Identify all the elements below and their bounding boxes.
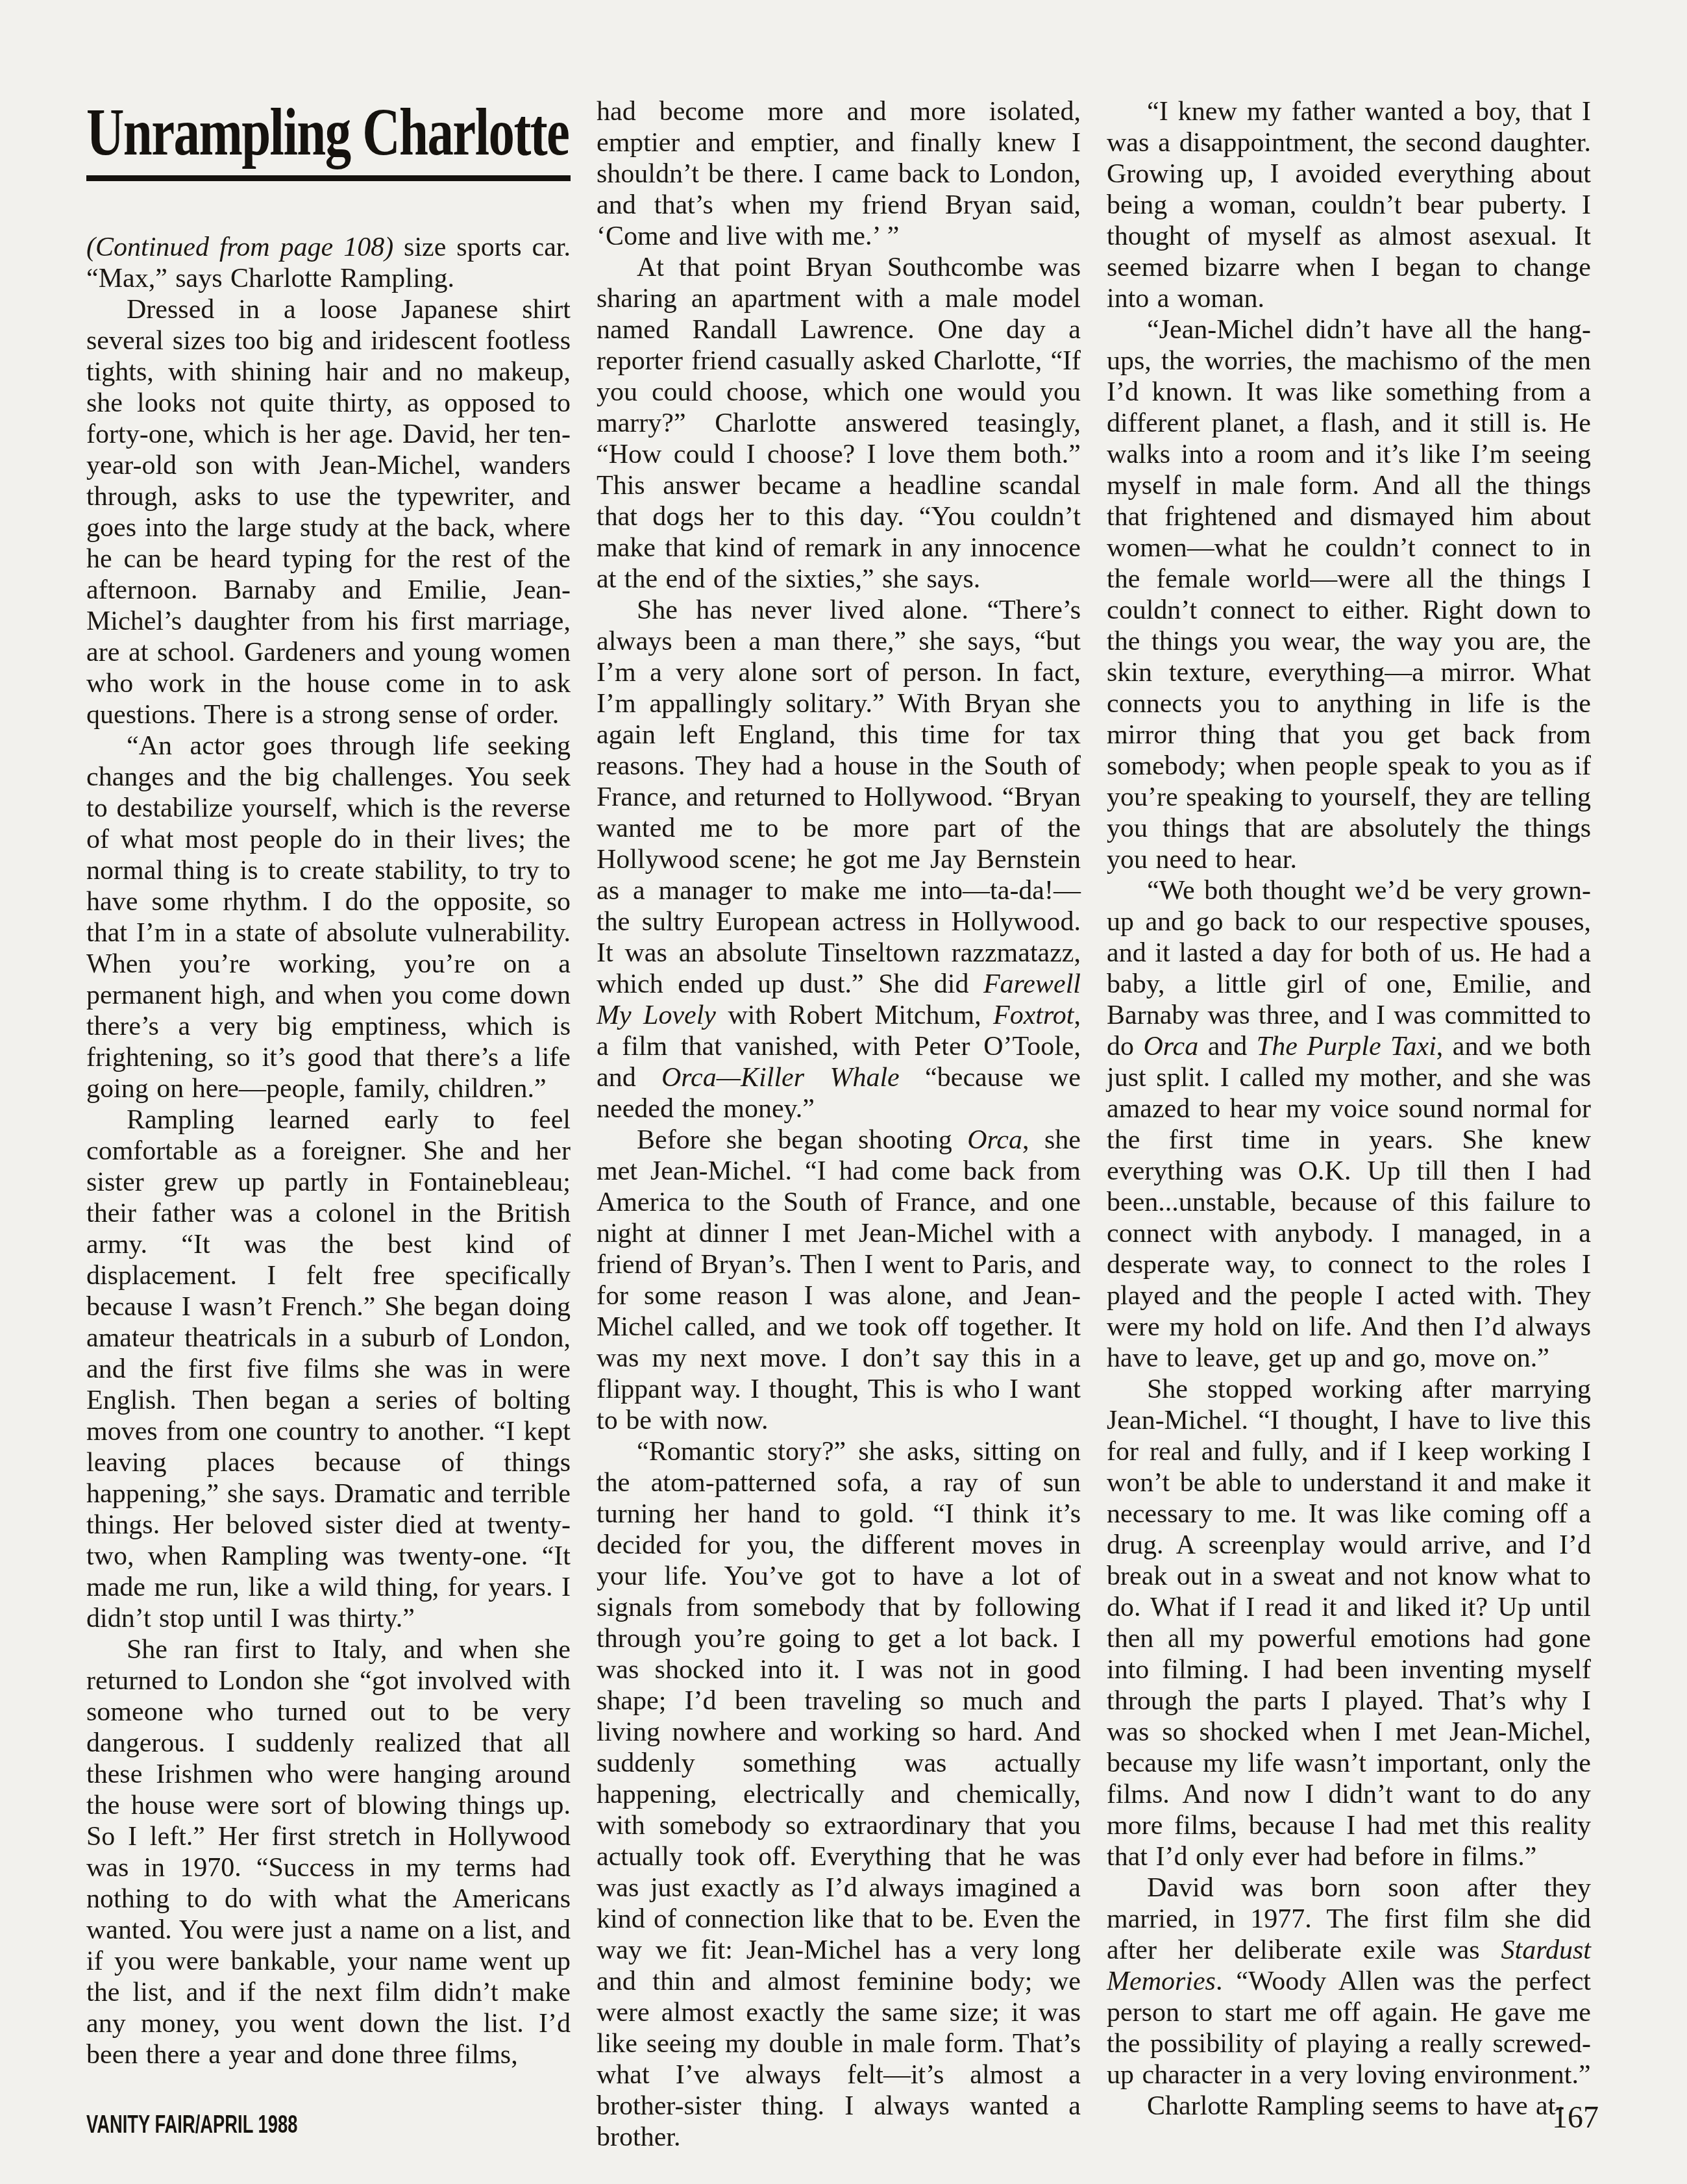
magazine-footer: VANITY FAIR/APRIL 1988: [86, 2111, 297, 2139]
paragraph: At that point Bryan Southcombe was shari…: [597, 252, 1081, 595]
paragraph: “An actor goes through life seeking chan…: [86, 730, 571, 1104]
paragraph: had become more and more isolated, empti…: [597, 96, 1081, 252]
paragraph: She ran first to Italy, and when she ret…: [86, 1634, 571, 2070]
text-run: Dressed in a loose Japanese shirt severa…: [86, 295, 571, 730]
paragraph: She stopped working after marrying Jean-…: [1107, 1374, 1591, 1872]
paragraph: She has never lived alone. “There’s alwa…: [597, 595, 1081, 1124]
text-run: and: [1198, 1032, 1257, 1061]
italic-text-run: Orca: [967, 1125, 1022, 1155]
paragraph: Dressed in a loose Japanese shirt severa…: [86, 294, 571, 730]
text-run: “I knew my father wanted a boy, that I w…: [1107, 97, 1591, 314]
text-run: Charlotte Rampling seems to have at-: [1147, 2091, 1564, 2121]
italic-text-run: Orca—Killer Whale: [661, 1063, 900, 1093]
text-run: She has never lived alone. “There’s alwa…: [597, 595, 1081, 999]
article-columns: Unrampling Charlotte (Continued from pag…: [86, 96, 1591, 2153]
paragraph: Charlotte Rampling seems to have at-: [1107, 2091, 1591, 2122]
text-run: had become more and more isolated, empti…: [597, 97, 1081, 251]
article-title: Unrampling Charlotte: [86, 100, 467, 165]
column-3-paragraphs: “I knew my father wanted a boy, that I w…: [1107, 96, 1591, 2122]
text-run: with Robert Mitchum,: [716, 1000, 993, 1030]
column-1: Unrampling Charlotte (Continued from pag…: [86, 96, 571, 2153]
paragraph: Rampling learned early to feel comfortab…: [86, 1104, 571, 1634]
italic-text-run: Foxtrot: [993, 1000, 1074, 1030]
text-run: Before she began shooting: [637, 1125, 967, 1155]
text-run: She ran first to Italy, and when she ret…: [86, 1635, 571, 2070]
italic-text-run: Orca: [1143, 1032, 1198, 1061]
paragraph: David was born soon after they married, …: [1107, 1872, 1591, 2091]
paragraph: (Continued from page 108) size sports ca…: [86, 232, 571, 294]
italic-text-run: (Continued from page 108): [86, 232, 393, 262]
column-3: “I knew my father wanted a boy, that I w…: [1107, 96, 1591, 2153]
title-rule: [86, 175, 571, 181]
paragraph: “We both thought we’d be very grown-up a…: [1107, 875, 1591, 1374]
text-run: She stopped working after marrying Jean-…: [1107, 1374, 1591, 1872]
paragraph: “Romantic story?” she asks, sitting on t…: [597, 1436, 1081, 2153]
text-run: At that point Bryan Southcombe was shari…: [597, 253, 1081, 594]
text-run: “Romantic story?” she asks, sitting on t…: [597, 1437, 1081, 2152]
paragraph: “I knew my father wanted a boy, that I w…: [1107, 96, 1591, 314]
text-run: Rampling learned early to feel comfortab…: [86, 1105, 571, 1633]
column-1-paragraphs: (Continued from page 108) size sports ca…: [86, 232, 571, 2070]
paragraph: Before she began shooting Orca, she met …: [597, 1124, 1081, 1436]
text-run: “Jean-Michel didn’t have all the hang-up…: [1107, 315, 1591, 875]
page-number: 167: [1552, 2100, 1599, 2135]
magazine-page: Unrampling Charlotte (Continued from pag…: [0, 0, 1687, 2184]
paragraph: “Jean-Michel didn’t have all the hang-up…: [1107, 314, 1591, 875]
column-2: had become more and more isolated, empti…: [597, 96, 1081, 2153]
text-run: , she met Jean-Michel. “I had come back …: [597, 1125, 1081, 1435]
article-header: Unrampling Charlotte: [86, 100, 571, 181]
text-run: , and we both just split. I called my mo…: [1107, 1032, 1591, 1373]
text-run: “An actor goes through life seeking chan…: [86, 731, 571, 1104]
italic-text-run: The Purple Taxi: [1257, 1032, 1436, 1061]
column-2-paragraphs: had become more and more isolated, empti…: [597, 96, 1081, 2153]
